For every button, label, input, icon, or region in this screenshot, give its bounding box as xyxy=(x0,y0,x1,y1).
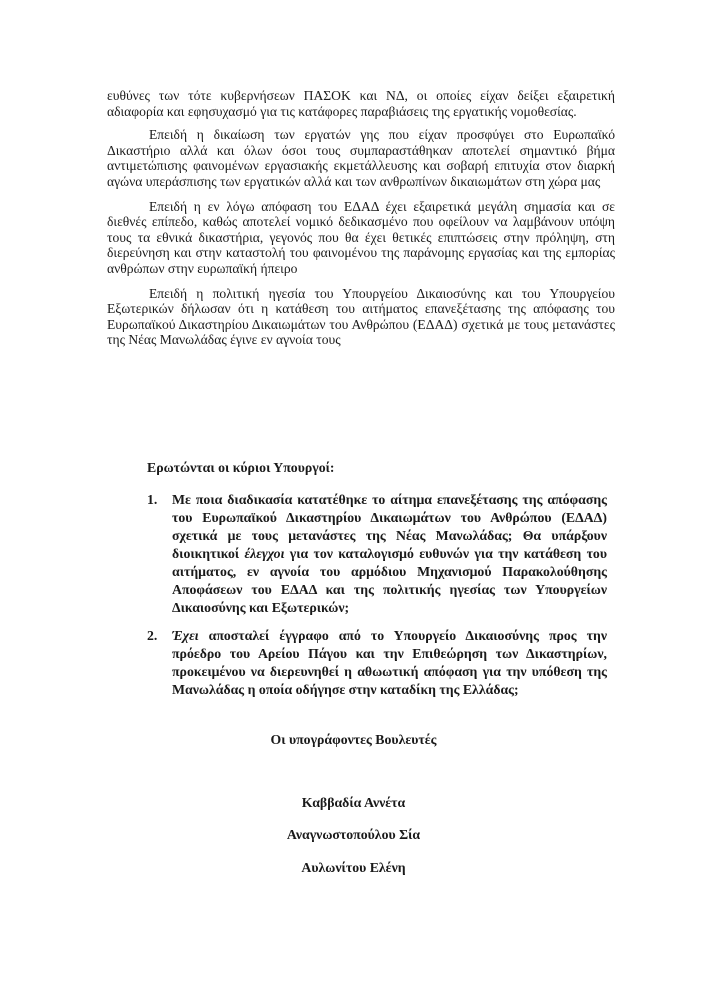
questions-list: 1.Με ποια διαδικασία κατατέθηκε το αίτημ… xyxy=(147,491,607,699)
signatory-name: Καββαδία Αννέτα xyxy=(0,795,707,811)
question-number: 2. xyxy=(147,627,157,645)
paragraph-continuation: ευθύνες των τότε κυβερνήσεων ΠΑΣΟΚ και Ν… xyxy=(107,88,615,119)
paragraph-whereas-2: Επειδή η εν λόγω απόφαση του ΕΔΑΔ έχει ε… xyxy=(107,199,615,277)
signatories-title: Οι υπογράφοντες Βουλευτές xyxy=(0,732,707,748)
questions-section: Ερωτώνται οι κύριοι Υπουργοί: 1.Με ποια … xyxy=(147,460,607,709)
question-text-italic: Έχει xyxy=(172,628,199,643)
paragraph-whereas-1: Επειδή η δικαίωση των εργατών γης που εί… xyxy=(107,127,615,189)
signatory-name: Αυλωνίτου Ελένη xyxy=(0,860,707,876)
question-text-italic: έλεγχοι xyxy=(245,546,285,561)
questions-heading: Ερωτώνται οι κύριοι Υπουργοί: xyxy=(147,460,607,476)
question-number: 1. xyxy=(147,491,157,509)
paragraph-whereas-3: Επειδή η πολιτική ηγεσία του Υπουργείου … xyxy=(107,286,615,348)
question-item: 2.Έχει αποσταλεί έγγραφο από το Υπουργεί… xyxy=(147,627,607,699)
signatory-name: Αναγνωστοπούλου Σία xyxy=(0,827,707,843)
question-text: αποσταλεί έγγραφο από το Υπουργείο Δικαι… xyxy=(172,628,607,697)
document-body: ευθύνες των τότε κυβερνήσεων ΠΑΣΟΚ και Ν… xyxy=(107,88,615,348)
question-item: 1.Με ποια διαδικασία κατατέθηκε το αίτημ… xyxy=(147,491,607,617)
